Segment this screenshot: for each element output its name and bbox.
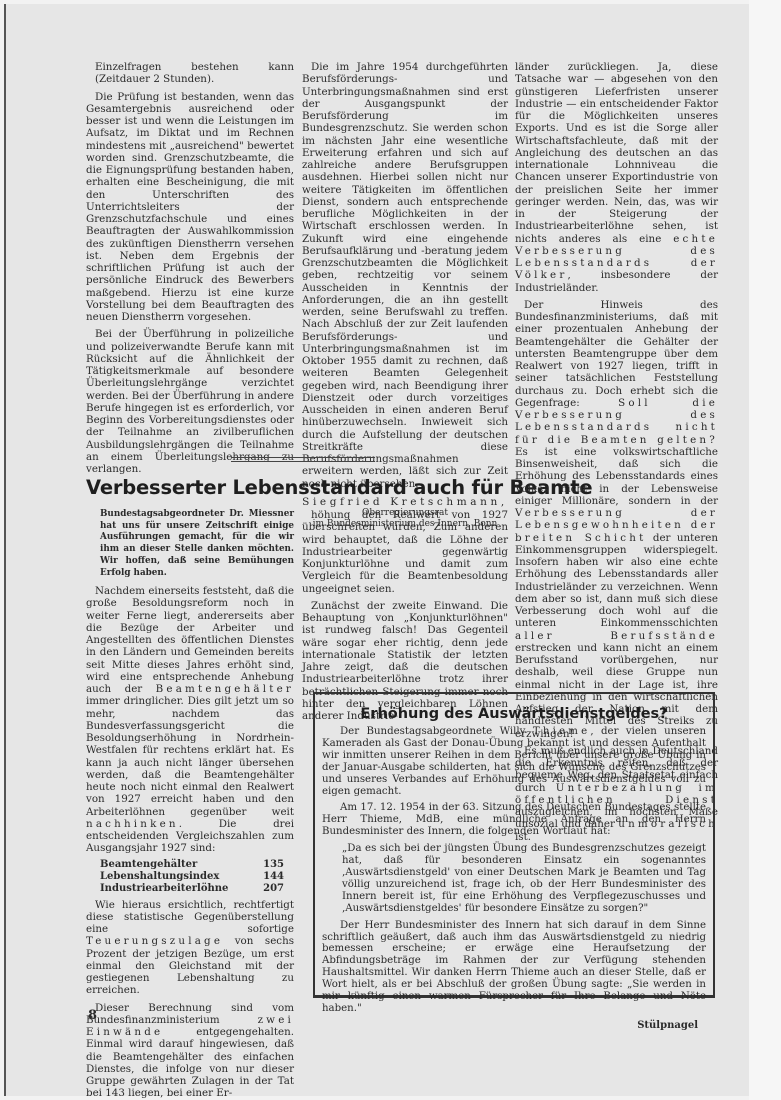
stat-row: Beamtengehälter135 bbox=[100, 859, 294, 871]
paragraph: Der Herr Bundesminister des Innern hat s… bbox=[322, 920, 706, 1015]
article2-column-1: Bundestagsabgeordneter Dr. Miessner hat … bbox=[86, 509, 294, 1100]
quotation: „Da es sich bei der jüngsten Übung des B… bbox=[342, 843, 706, 914]
box-signature: Stülpnagel bbox=[322, 1020, 706, 1031]
page-number: 8 bbox=[88, 1008, 97, 1023]
paragraph: Dieser Berechnung sind vom Bundesfinanzm… bbox=[86, 1002, 294, 1100]
boxed-article: Erhöhung des Auswärtsdienstgeldes? Der B… bbox=[313, 692, 715, 998]
paragraph: länder zurückliegen. Ja, diese Tatsache … bbox=[515, 61, 718, 294]
scan-margin bbox=[749, 0, 781, 1100]
paragraph: Die im Jahre 1954 durchgeführten Berufsf… bbox=[302, 61, 508, 490]
article-lead: Bundestagsabgeordneter Dr. Miessner hat … bbox=[100, 509, 294, 579]
paragraph: Bei der Überführung in polizeiliche und … bbox=[86, 328, 294, 475]
section-divider bbox=[231, 457, 375, 462]
paragraph: höhung den Realwert von 1927 überschreit… bbox=[302, 509, 508, 595]
paragraph: Nachdem einerseits feststeht, daß die gr… bbox=[86, 585, 294, 855]
paragraph: Der Bundestagsabgeordnete Willy Thieme, … bbox=[322, 726, 706, 797]
comparison-figures: Beamtengehälter135 Lebenshaltungsindex14… bbox=[100, 859, 294, 895]
paragraph: Wie hieraus ersichtlich, rechtfertigt di… bbox=[86, 899, 294, 997]
article1-column-1: Einzelfragen bestehen kann (Zeitdauer 2 … bbox=[86, 61, 294, 475]
box-headline: Erhöhung des Auswärtsdienstgeldes? bbox=[322, 706, 706, 722]
article2-column-2: höhung den Realwert von 1927 überschreit… bbox=[302, 509, 508, 722]
paragraph: Die Prüfung ist bestanden, wenn das Gesa… bbox=[86, 91, 294, 324]
article2-headline: Verbesserter Lebensstandard auch für Bea… bbox=[86, 476, 508, 499]
box-body: Der Bundestagsabgeordnete Willy Thieme, … bbox=[322, 726, 706, 1015]
stat-row: Industriearbeiterlöhne207 bbox=[100, 883, 294, 895]
paragraph: Der Hinweis des Bundesfinanzministeriums… bbox=[515, 299, 718, 740]
stat-row: Lebenshaltungsindex144 bbox=[100, 871, 294, 883]
paragraph: Am 17. 12. 1954 in der 63. Sitzung des D… bbox=[322, 802, 706, 838]
paragraph: Einzelfragen bestehen kann (Zeitdauer 2 … bbox=[86, 61, 294, 86]
